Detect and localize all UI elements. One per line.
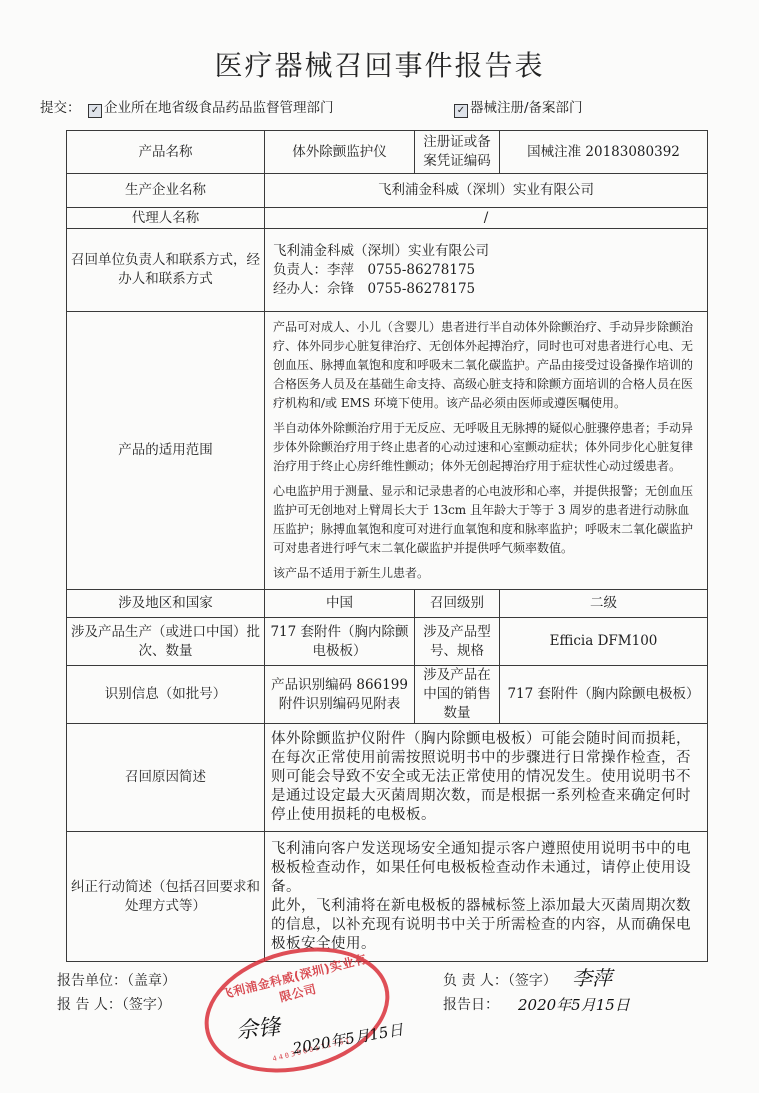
row-region: 涉及地区和国家 中国 召回级别 二级 (67, 590, 708, 618)
action-value: 飞利浦向客户发送现场安全通知提示客户遵照使用说明书中的电极板检查动作，如果任何电… (265, 832, 708, 962)
submit-option-provincial[interactable]: ✓企业所在地省级食品药品监督管理部门 (88, 96, 334, 118)
contact-label: 召回单位负责人和联系方式，经办人和联系方式 (67, 229, 265, 312)
sales-label: 涉及产品在中国的销售数量 (415, 666, 500, 724)
report-unit-label: 报告单位：（盖章） (57, 970, 176, 990)
row-scope: 产品的适用范围 产品可对成人、小儿（含婴儿）患者进行半自动体外除颤治疗、手动异步… (67, 312, 708, 590)
scope-value: 产品可对成人、小儿（含婴儿）患者进行半自动体外除颤治疗、手动异步除颤治疗、体外同… (265, 312, 708, 590)
reg-no-value: 国械注准 20183080392 (500, 131, 708, 174)
submit-option-registration[interactable]: ✓器械注册/备案部门 (454, 96, 583, 118)
reporter-signature: 佘锋 (235, 1010, 282, 1045)
product-name-label: 产品名称 (67, 131, 265, 174)
responsible-signature: 李萍 (572, 962, 612, 991)
region-value: 中国 (265, 590, 415, 618)
action-label: 纠正行动简述（包括召回要求和处理方式等） (67, 832, 265, 962)
recall-level-value: 二级 (500, 590, 708, 618)
report-date-label: 报告日： (443, 994, 499, 1014)
contact-company: 飞利浦金科威（深圳）实业有限公司 (273, 242, 699, 261)
submit-option-label: 器械注册/备案部门 (470, 100, 583, 116)
scope-paragraph: 心电监护用于测量、显示和记录患者的心电波形和心率，并提供报警；无创血压监护可无创… (273, 482, 699, 558)
agent-value: / (265, 208, 708, 229)
row-reason: 召回原因简述 体外除颤监护仪附件（胸内除颤电极板）可能会随时间而损耗，在每次正常… (67, 724, 708, 832)
recall-report-table: 产品名称 体外除颤监护仪 注册证或备案凭证编码 国械注准 20183080392… (66, 130, 708, 962)
manufacturer-value: 飞利浦金科威（深圳）实业有限公司 (265, 174, 708, 208)
row-manufacturer: 生产企业名称 飞利浦金科威（深圳）实业有限公司 (67, 174, 708, 208)
agent-label: 代理人名称 (67, 208, 265, 229)
batch-value: 717 套附件（胸内除颤电极板） (265, 618, 415, 666)
action-paragraph: 飞利浦向客户发送现场安全通知提示客户遵照使用说明书中的电极板检查动作，如果任何电… (271, 840, 701, 897)
reason-value: 体外除颤监护仪附件（胸内除颤电极板）可能会随时间而损耗，在每次正常使用前需按照说… (265, 724, 708, 832)
product-name-value: 体外除颤监护仪 (265, 131, 415, 174)
row-agent: 代理人名称 / (67, 208, 708, 229)
responsible-label: 负 责 人：（签字） (443, 970, 557, 990)
recall-level-label: 召回级别 (415, 590, 500, 618)
contact-value: 飞利浦金科威（深圳）实业有限公司 负责人：李萍 0755-86278175 经办… (265, 229, 708, 312)
scope-paragraph: 产品可对成人、小儿（含婴儿）患者进行半自动体外除颤治疗、手动异步除颤治疗、体外同… (273, 318, 699, 413)
row-contact: 召回单位负责人和联系方式，经办人和联系方式 飞利浦金科威（深圳）实业有限公司 负… (67, 229, 708, 312)
model-label: 涉及产品型号、规格 (415, 618, 500, 666)
id-label: 识别信息（如批号） (67, 666, 265, 724)
scope-paragraph: 该产品不适用于新生儿患者。 (273, 564, 699, 583)
submit-label: 提交： (40, 96, 81, 116)
report-date-handwritten: 2020年5月15日 (518, 994, 630, 1015)
reg-no-label: 注册证或备案凭证编码 (415, 131, 500, 174)
model-value: Efficia DFM100 (500, 618, 708, 666)
row-product-name: 产品名称 体外除颤监护仪 注册证或备案凭证编码 国械注准 20183080392 (67, 131, 708, 174)
reporter-label: 报 告 人：（签字） (57, 994, 171, 1014)
action-paragraph: 此外，飞利浦将在新电极板的器械标签上添加最大灭菌周期次数的信息，以补充现有说明书… (271, 897, 701, 954)
row-id: 识别信息（如批号） 产品识别编码 866199 附件识别编码见附表 涉及产品在中… (67, 666, 708, 724)
manufacturer-label: 生产企业名称 (67, 174, 265, 208)
checkbox-checked-icon[interactable]: ✓ (454, 104, 468, 118)
batch-label: 涉及产品生产（或进口中国）批次、数量 (67, 618, 265, 666)
checkbox-checked-icon[interactable]: ✓ (88, 104, 102, 118)
contact-handler: 经办人：佘锋 0755-86278175 (273, 280, 699, 299)
scope-paragraph: 半自动体外除颤治疗用于无反应、无呼吸且无脉搏的疑似心脏骤停患者；手动异步体外除颤… (273, 419, 699, 476)
row-action: 纠正行动简述（包括召回要求和处理方式等） 飞利浦向客户发送现场安全通知提示客户遵… (67, 832, 708, 962)
reason-label: 召回原因简述 (67, 724, 265, 832)
document-title: 医疗器械召回事件报告表 (0, 44, 759, 84)
scope-label: 产品的适用范围 (67, 312, 265, 590)
sales-value: 717 套附件（胸内除颤电极板） (500, 666, 708, 724)
contact-responsible: 负责人：李萍 0755-86278175 (273, 261, 699, 280)
row-batch: 涉及产品生产（或进口中国）批次、数量 717 套附件（胸内除颤电极板） 涉及产品… (67, 618, 708, 666)
region-label: 涉及地区和国家 (67, 590, 265, 618)
submit-option-label: 企业所在地省级食品药品监督管理部门 (104, 100, 334, 116)
id-value: 产品识别编码 866199 附件识别编码见附表 (265, 666, 415, 724)
